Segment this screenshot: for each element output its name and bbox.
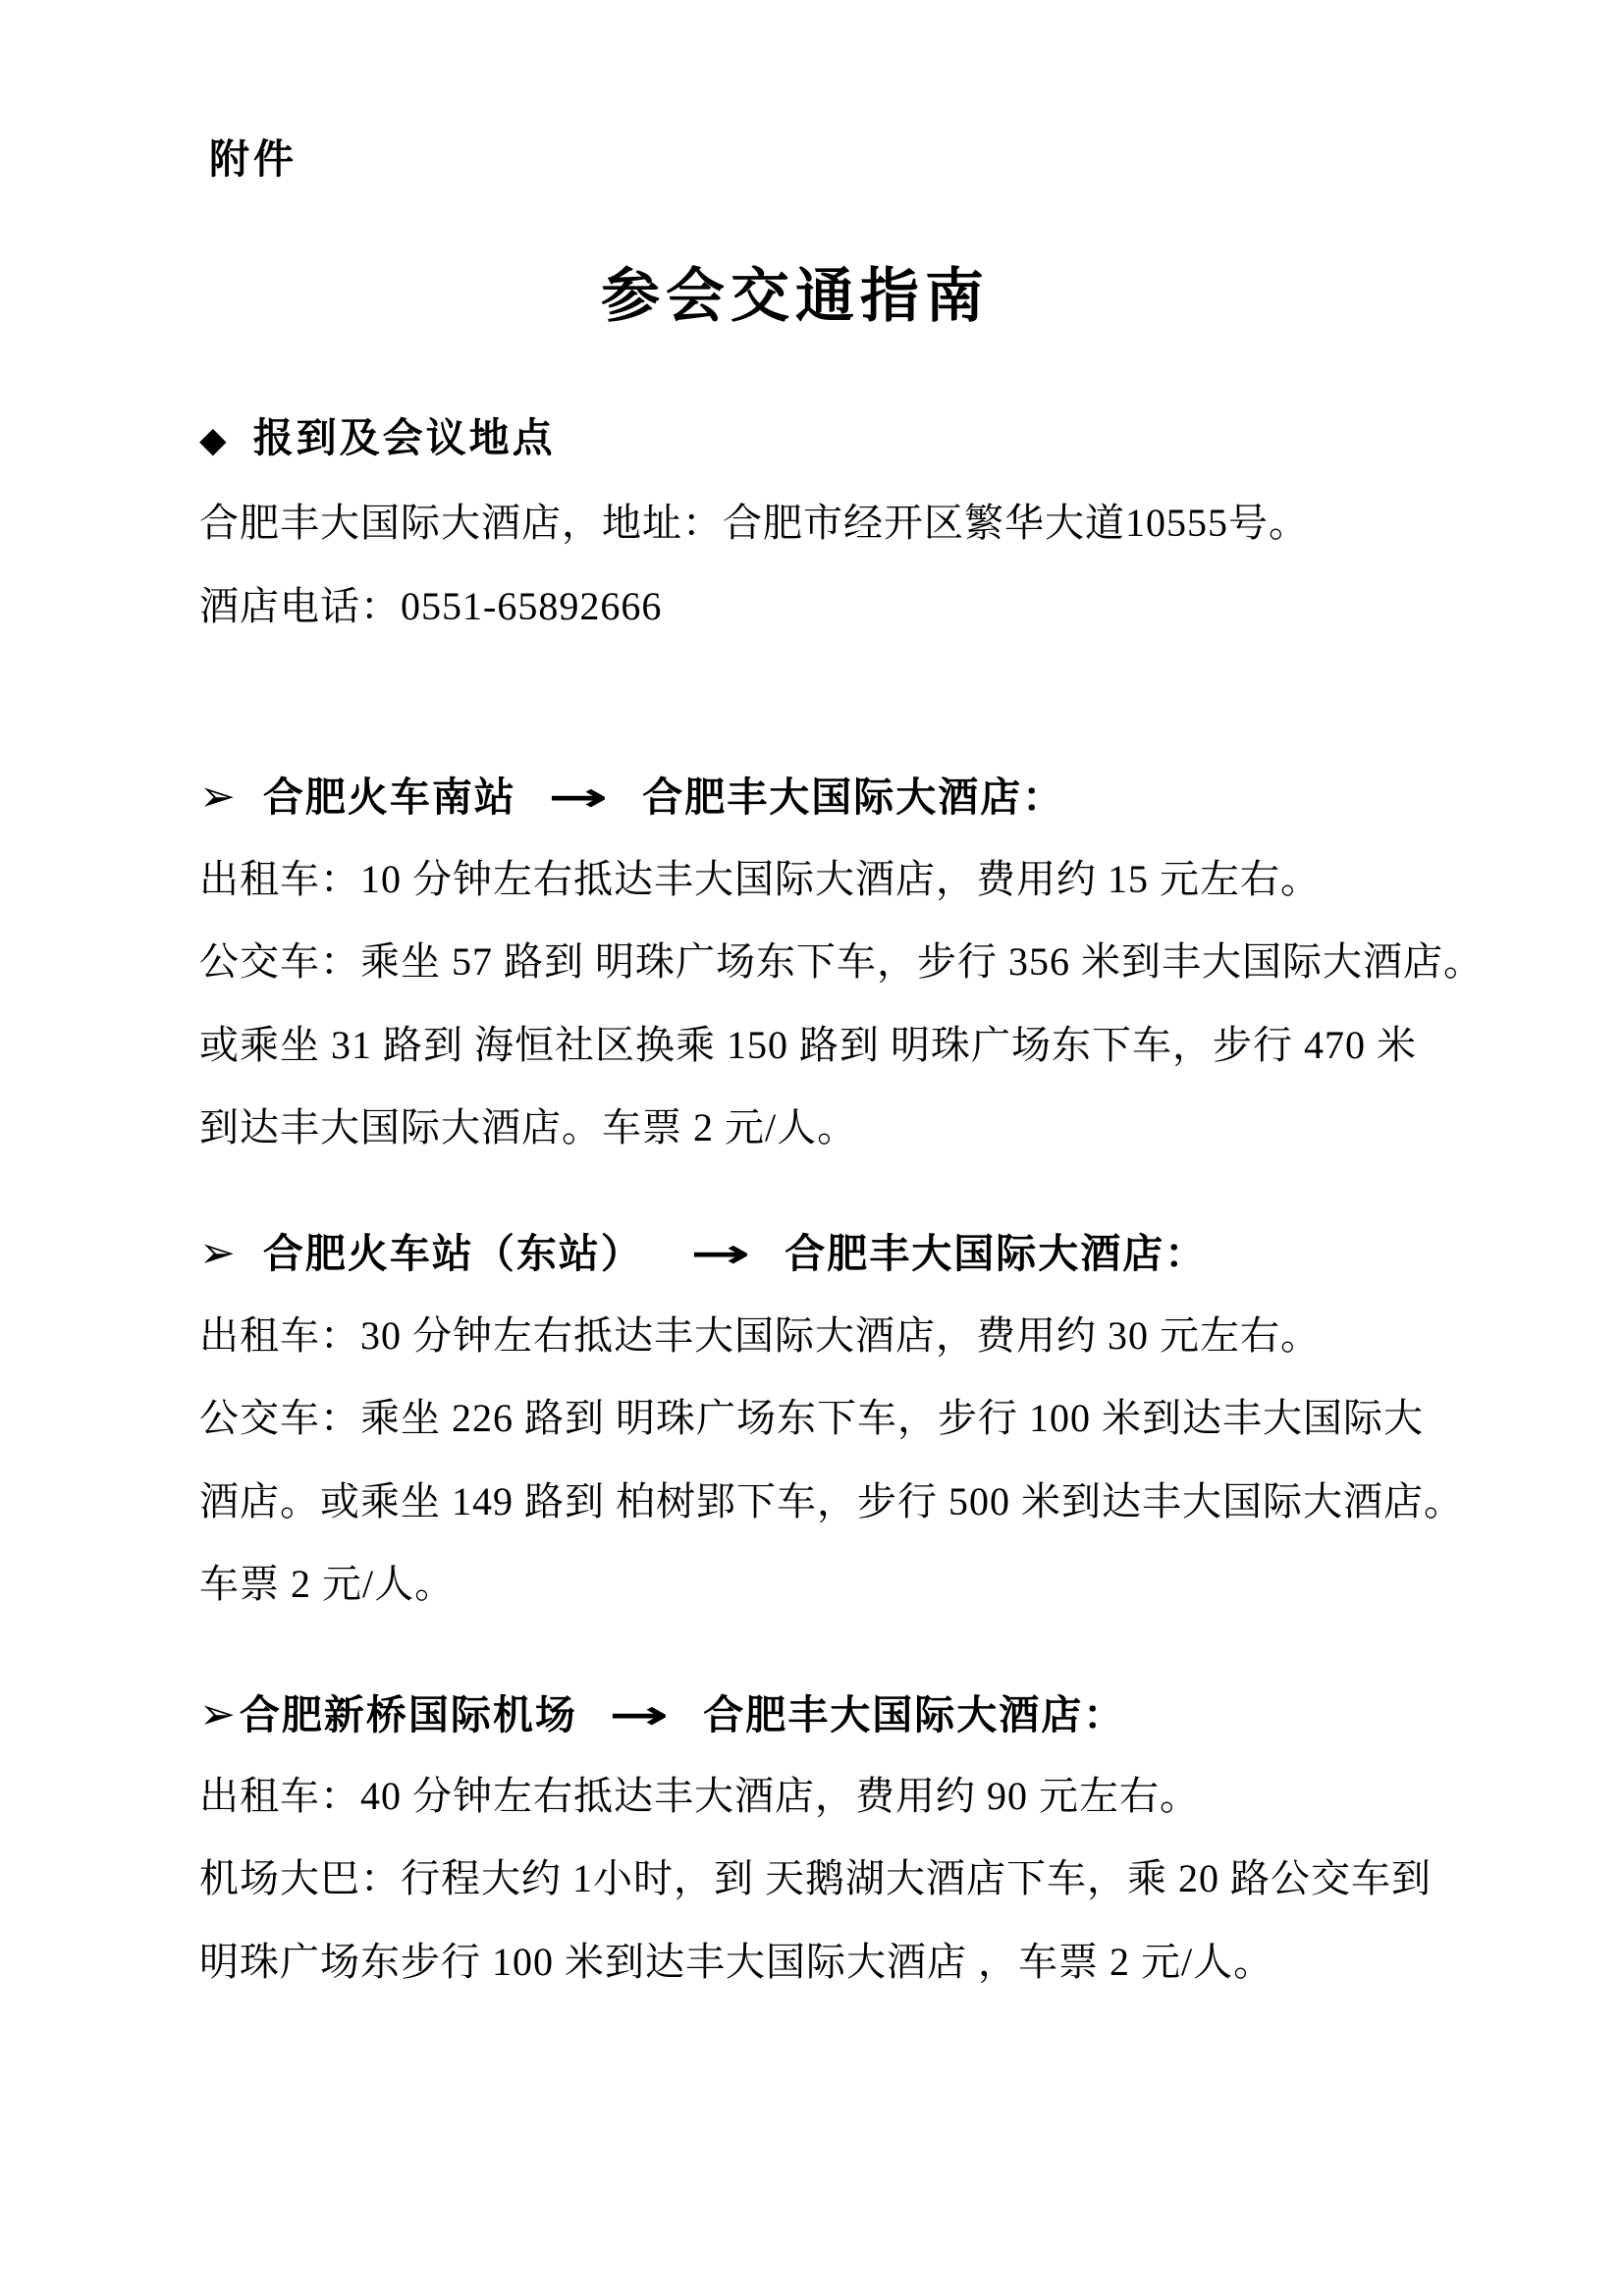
route-text-line: 公交车：乘坐 226 路到 明珠广场东下车，步行 100 米到达丰大国际大 [199,1394,1424,1443]
route-heading-airport: ➢合肥新桥国际机场→合肥丰大国际大酒店： [199,1689,1125,1740]
right-arrow-icon: → [547,772,611,823]
route-heading-east-station: ➢合肥火车站（东站）→合肥丰大国际大酒店： [199,1228,1207,1279]
route-text-line: 出租车：40 分钟左右抵达丰大酒店，费用约 90 元左右。 [199,1772,1200,1821]
route-text-line: 或乘坐 31 路到 海恒社区换乘 150 路到 明珠广场东下车，步行 470 米 [199,1021,1417,1070]
venue-heading-label: 报到及会议地点 [253,415,556,460]
route-text-line: 机场大巴：行程大约 1小时，到 天鹅湖大酒店下车，乘 20 路公交车到 [199,1854,1432,1903]
document-page: 附件 参会交通指南 ◆报到及会议地点 合肥丰大国际大酒店，地址：合肥市经开区繁华… [0,0,1624,2296]
right-arrow-icon: → [689,1228,753,1279]
route-origin: 合肥火车站（东站） [263,1231,643,1276]
right-arrow-icon: → [608,1689,672,1740]
route-text-line: 出租车：10 分钟左右抵达丰大国际大酒店，费用约 15 元左右。 [199,855,1321,904]
diamond-bullet-icon: ◆ [199,420,230,460]
page-title: 参会交通指南 [0,261,1591,332]
route-destination: 合肥丰大国际大酒店： [703,1692,1125,1737]
arrowhead-bullet-icon: ➢ [199,1228,238,1278]
route-text-line: 车票 2 元/人。 [199,1560,455,1609]
arrowhead-bullet-icon: ➢ [199,1689,238,1739]
venue-section-heading: ◆报到及会议地点 [199,412,556,466]
route-destination: 合肥丰大国际大酒店： [785,1231,1207,1276]
venue-address-line: 合肥丰大国际大酒店，地址：合肥市经开区繁华大道10555号。 [199,499,1309,548]
venue-phone-line: 酒店电话：0551-65892666 [199,582,662,631]
route-heading-south-station: ➢合肥火车南站→合肥丰大国际大酒店： [199,772,1064,823]
route-text-line: 公交车：乘坐 57 路到 明珠广场东下车，步行 356 米到丰大国际大酒店。 [199,937,1484,987]
route-text-line: 到达丰大国际大酒店。车票 2 元/人。 [199,1103,857,1152]
route-origin: 合肥新桥国际机场 [240,1692,577,1737]
route-text-line: 酒店。或乘坐 149 路到 柏树郢下车，步行 500 米到达丰大国际大酒店。 [199,1477,1464,1526]
arrowhead-bullet-icon: ➢ [199,772,238,822]
route-text-line: 明珠广场东步行 100 米到达丰大国际大酒店 ，车票 2 元/人。 [199,1938,1273,1987]
route-origin: 合肥火车南站 [263,774,516,820]
route-text-line: 出租车：30 分钟左右抵达丰大国际大酒店，费用约 30 元左右。 [199,1311,1321,1361]
attachment-label: 附件 [209,135,298,183]
route-destination: 合肥丰大国际大酒店： [642,774,1064,820]
